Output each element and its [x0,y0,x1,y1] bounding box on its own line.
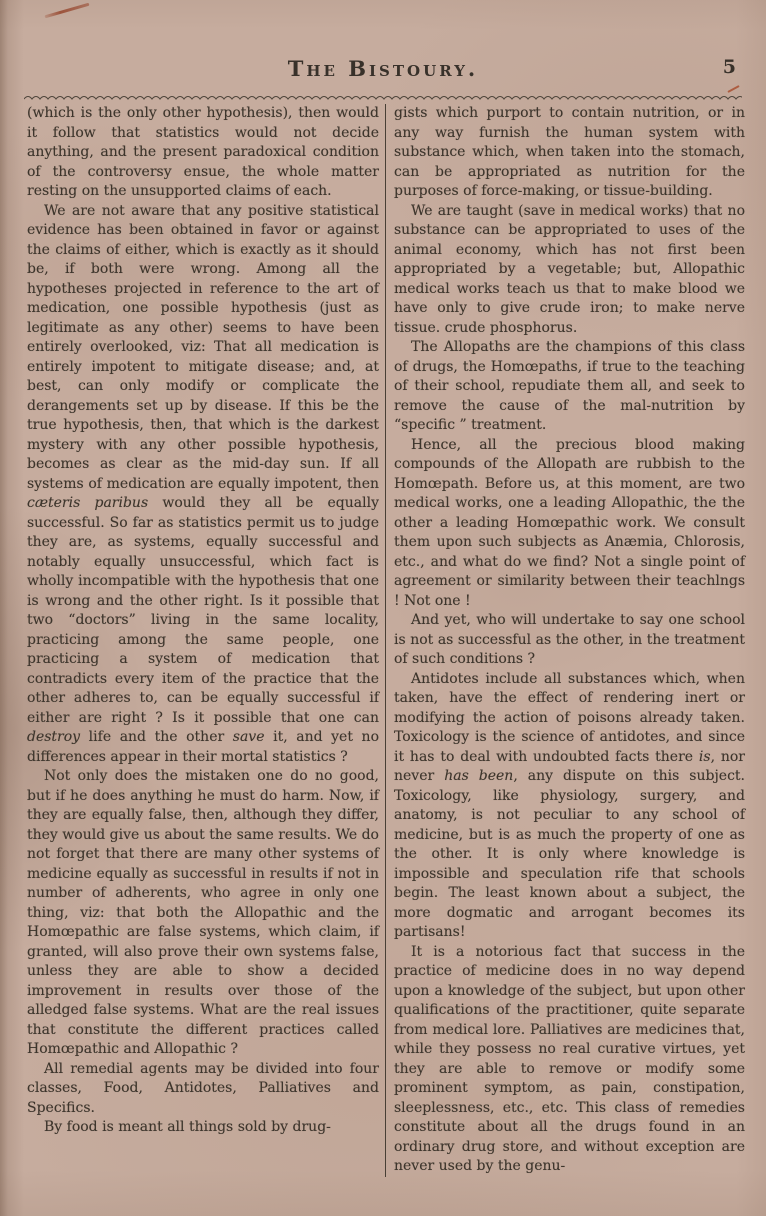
left-column: (which is the only other hypothesis), th… [27,104,379,1177]
body-text: Not only does the mistaken one do no goo… [27,768,379,1057]
paragraph: By food is meant all things sold by drug… [27,1118,379,1138]
paragraph: The Allopaths are the champions of this … [394,338,745,436]
body-text: would they all be equally successful. So… [27,495,379,726]
red-pencil-mark [44,3,89,19]
paragraph: gists which purport to contain nutrition… [394,104,745,202]
body-text: gists which purport to contain nutrition… [394,105,745,199]
body-text: By food is meant all things sold by drug… [44,1119,331,1135]
body-text: life and the other [80,729,233,745]
scanned-page: The Bistoury. 5 (which is the only other… [0,0,766,1216]
page-number: 5 [723,56,736,78]
wavy-rule-line [24,93,742,103]
italic-text: destroy [27,729,80,745]
paragraph: Not only does the mistaken one do no goo… [27,767,379,1060]
body-text: We are taught (save in medical works) th… [394,203,745,336]
page-title: The Bistoury. [288,56,478,81]
paragraph: And yet, who will undertake to say one s… [394,611,745,670]
wavy-rule [24,88,742,98]
paragraph: We are not aware that any positive stati… [27,202,379,768]
body-text: We are not aware that any positive stati… [27,203,379,492]
body-text: All remedial agents may be divided into … [27,1061,379,1116]
paragraph: (which is the only other hypothesis), th… [27,104,379,202]
text-columns: (which is the only other hypothesis), th… [27,104,745,1177]
body-text: It is a notorious fact that success in t… [394,944,745,1175]
paragraph: Antidotes include all substances which, … [394,670,745,943]
body-text: (which is the only other hypothesis), th… [27,105,379,199]
paragraph: Hence, all the precious blood making com… [394,436,745,612]
body-text: The Allopaths are the champions of this … [394,339,745,433]
italic-text: save [233,729,265,745]
body-text: Hence, all the precious blood making com… [394,437,745,609]
italic-text: has been [444,768,513,784]
italic-text: cæteris paribus [27,495,148,511]
paragraph: We are taught (save in medical works) th… [394,202,745,339]
body-text: Antidotes include all substances which, … [394,671,745,765]
paragraph: All remedial agents may be divided into … [27,1060,379,1119]
body-text: , any dispute on this subject. Toxicolog… [394,768,745,940]
right-column: gists which purport to contain nutrition… [394,104,745,1177]
body-text: And yet, who will undertake to say one s… [394,612,745,667]
column-divider [385,104,386,1177]
paragraph: It is a notorious fact that success in t… [394,943,745,1177]
italic-text: is [699,749,711,765]
page-header: The Bistoury. [0,56,766,81]
